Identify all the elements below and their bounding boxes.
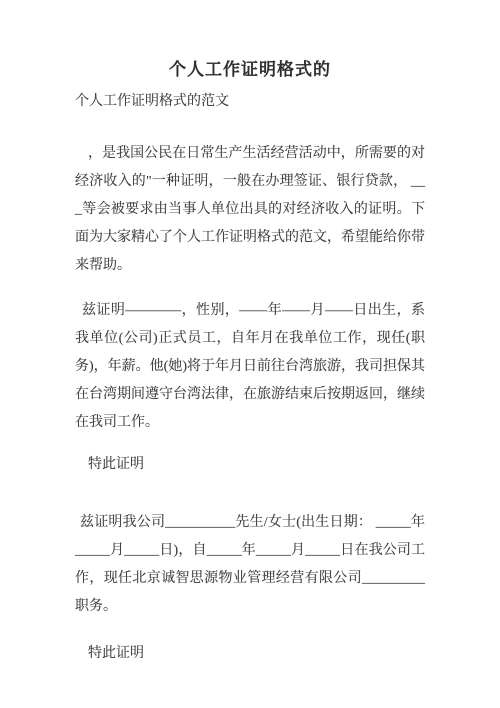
paragraph-intro: ，是我国公民在日常生产生活经营活动中，所需要的对经济收入的"一种证明，一般在办理… (75, 140, 425, 280)
paragraph-attest-1: 特此证明 (75, 451, 425, 479)
paragraph-certificate-company: 兹证明我公司__________先生/女士(出生日期： _____年_____月… (75, 509, 425, 621)
document-title: 个人工作证明格式的 (0, 0, 500, 82)
document-page: 个人工作证明格式的 个人工作证明格式的范文 ，是我国公民在日常生产生活经营活动中… (0, 0, 500, 708)
document-subtitle: 个人工作证明格式的范文 (75, 94, 425, 110)
paragraph-attest-2: 特此证明 (75, 640, 425, 668)
paragraph-certificate-taiwan: 兹证明————，性别，——年——月——日出生，系我单位(公司)正式员工，自年月在… (75, 297, 425, 437)
